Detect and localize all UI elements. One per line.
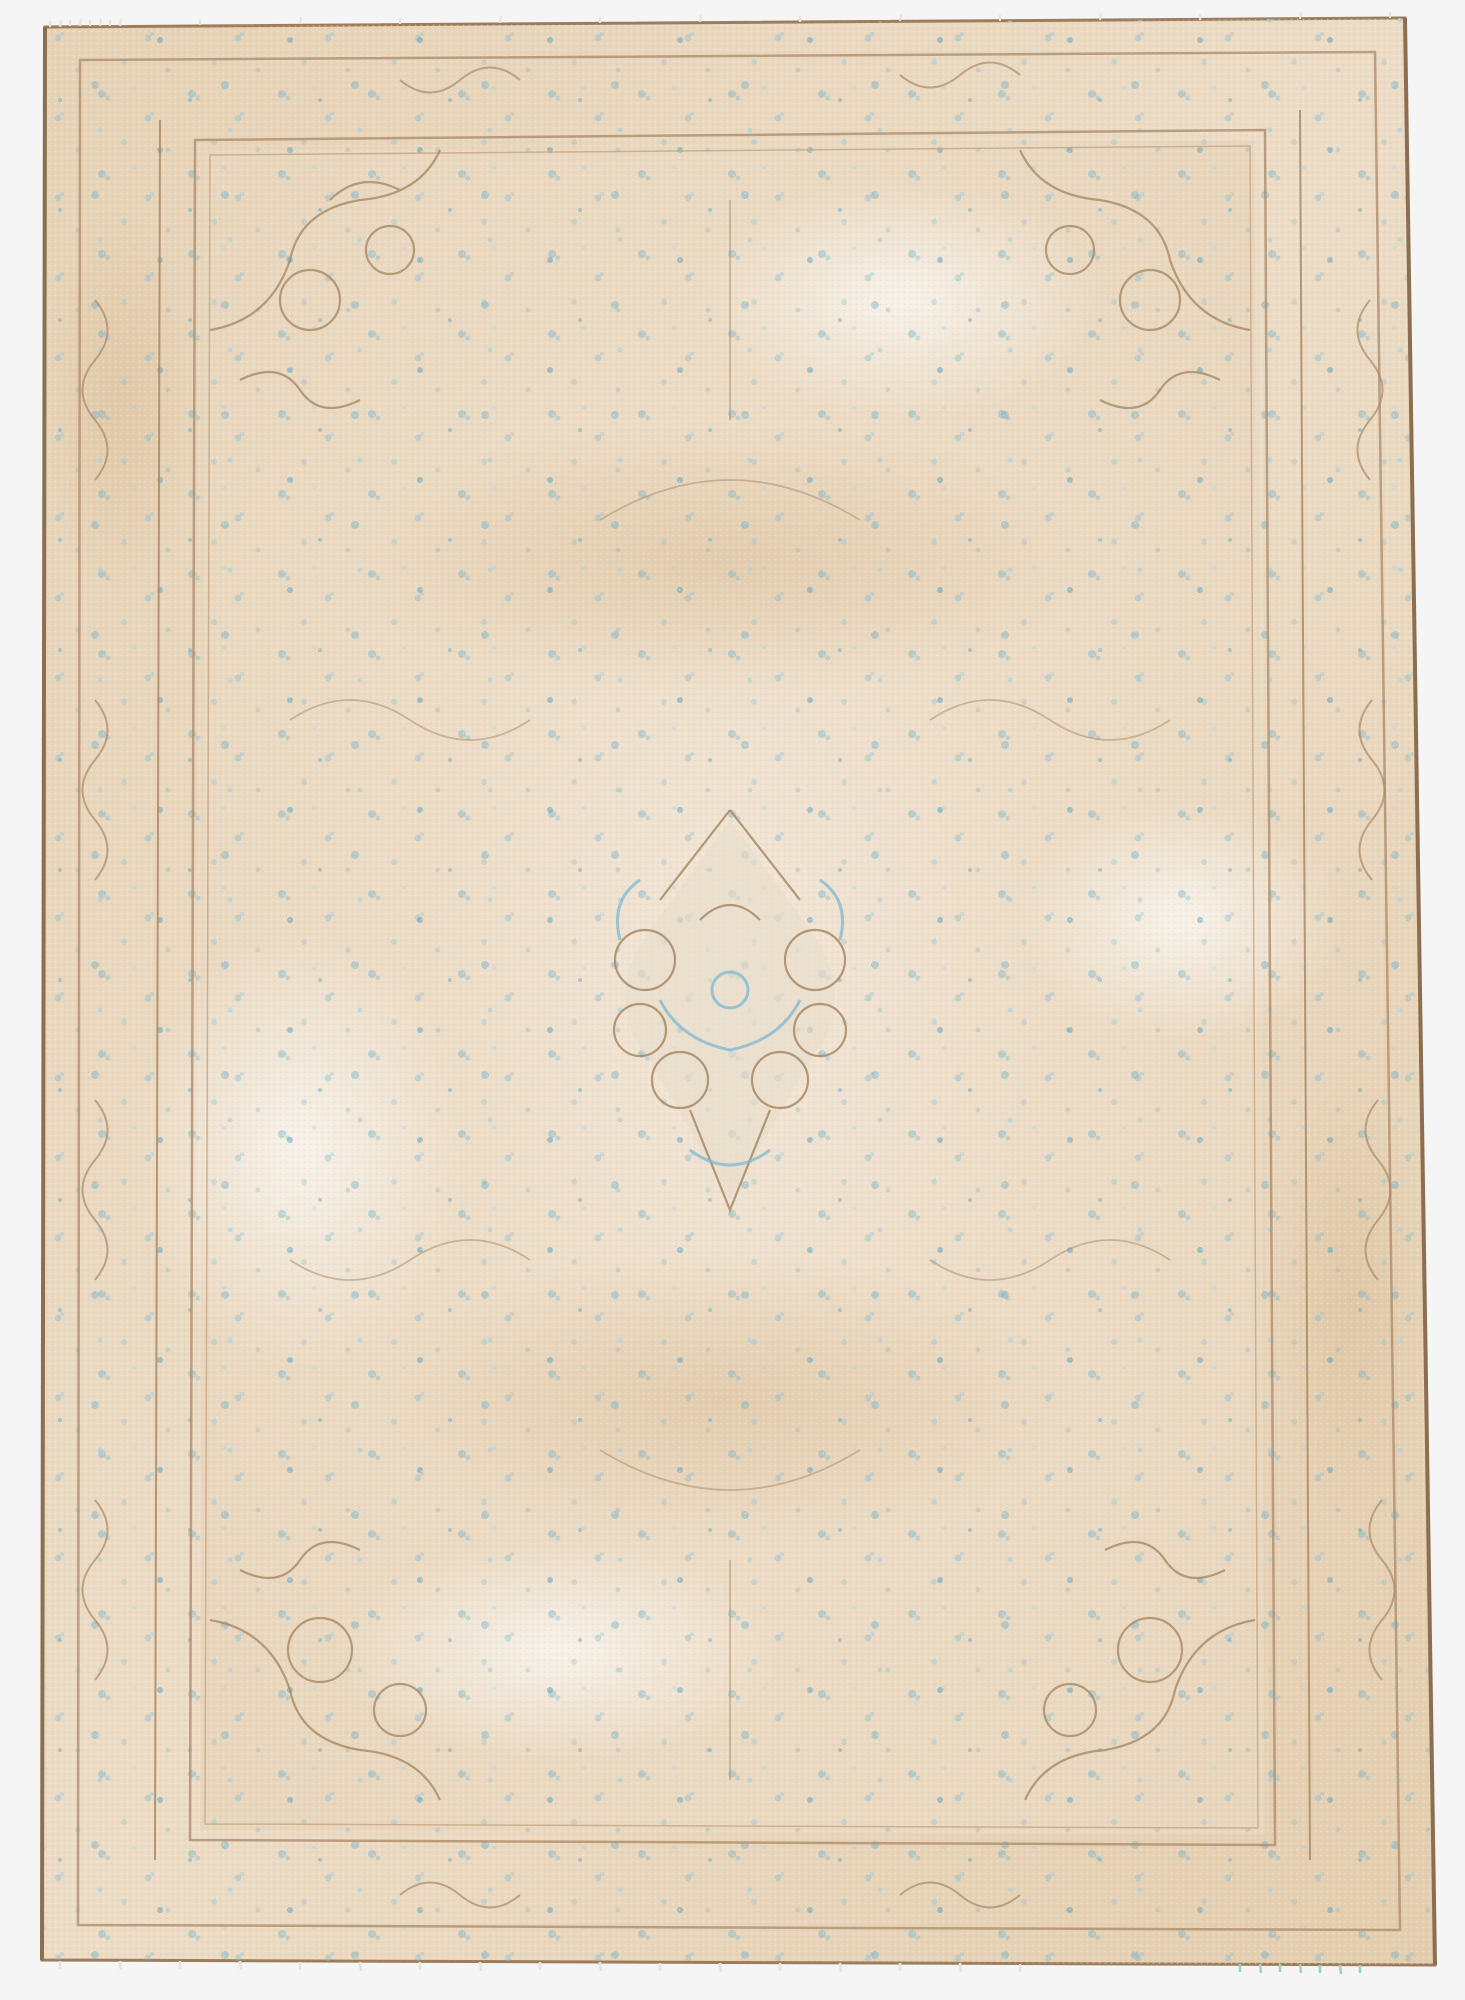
rug-photo (0, 0, 1465, 2000)
rug-illustration (0, 0, 1465, 2000)
